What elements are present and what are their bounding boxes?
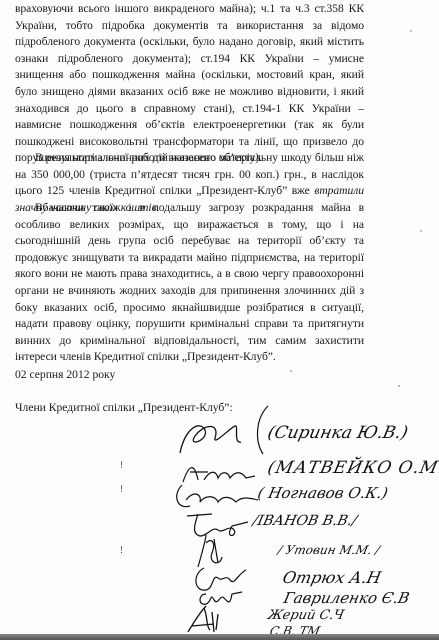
scanned-document-page: враховуючи всього іншого викраденого май… [0,0,439,640]
signer-name: /ІВАНОВ В.В./ [251,513,358,529]
margin-mark: ! [120,460,123,470]
signer-name: / Утовин М.М. / [277,543,382,557]
document-date: 02 серпня 2012 року [15,368,115,381]
margin-mark: ! [120,545,123,555]
paragraph-legal-articles: враховуючи всього іншого викраденого май… [15,1,364,167]
signer-name: Жерий С.Ч [266,608,345,623]
signature-row: (Сиринка Ю.В.) [0,418,439,452]
signer-name: С.В. ТМ [269,624,322,634]
signer-name: (Сиринка Ю.В.) [266,423,410,443]
signer-name: ( Ногнавов О.К.) [256,484,390,502]
signer-name: Отрюх А.Н [281,568,383,587]
scan-bottom-edge [0,634,439,640]
damages-text: В результаті злочинних дій нанесено мате… [15,151,364,197]
scan-speck [290,370,292,372]
scan-speck [410,30,412,32]
signer-name: (МАТВЕЙКО О.М.) [266,458,439,478]
signer-name: Гавриленко Є.В [282,589,411,607]
members-label: Члени Кредитної спілки „Президент-Клуб”: [15,401,233,414]
margin-mark: ! [120,484,123,494]
signature-row: С.В. ТМ [0,622,439,634]
paragraph-request: Вбачаючи також і в подальшу загрозу розк… [15,200,364,366]
scan-speck [398,385,400,387]
scan-speck [420,230,422,232]
